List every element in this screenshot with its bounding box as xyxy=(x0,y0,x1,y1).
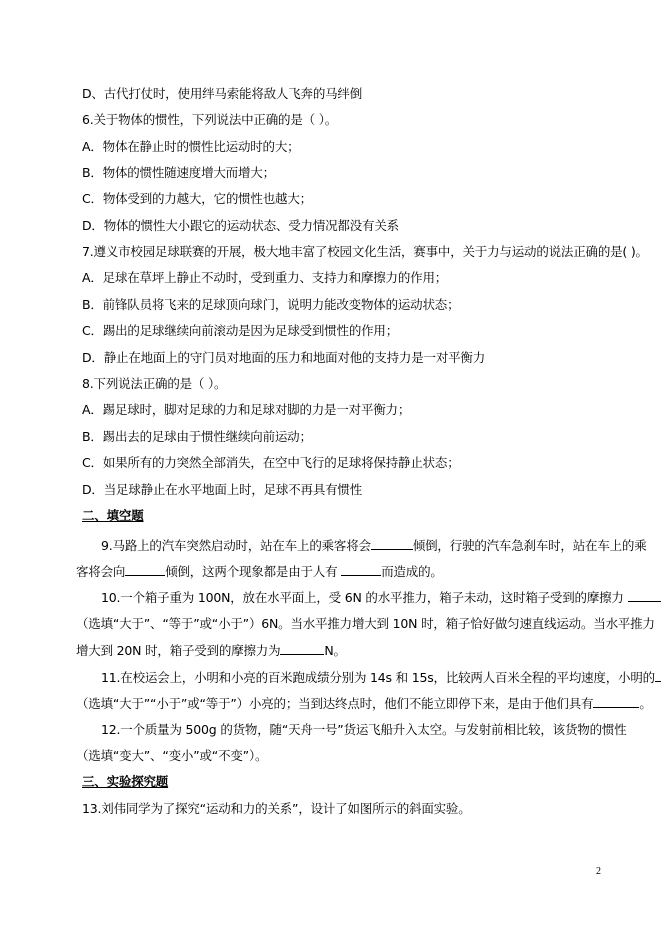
q11-text-2: （选填“大于”“小于”或“等于”）小亮的；当到达终点时，他们不能立即停下来，是由… xyxy=(76,696,593,711)
q10-blank-2[interactable] xyxy=(280,642,324,655)
q10-line-1: 10.一个箱子重为 100N，放在水平面上，受 6N 的水平推力，箱子未动，这时… xyxy=(101,589,661,606)
q11-text-1: 11.在校运会上，小明和小亮的百米跑成绩分别为 14s 和 15s，比较两人百米… xyxy=(101,670,655,685)
q10-text-1: 10.一个箱子重为 100N，放在水平面上，受 6N 的水平推力，箱子未动，这时… xyxy=(101,590,624,605)
q9-blank-3[interactable] xyxy=(341,563,381,576)
q12-line-1: 12.一个质量为 500g 的货物，随“天舟一号”货运飞船升入太空。与发射前相比… xyxy=(101,722,626,738)
q5-option-d: D、古代打仗时，使用绊马索能将敌人飞奔的马绊倒 xyxy=(82,86,362,102)
q8-option-d: D．当足球静止在水平地面上时，足球不再具有惯性 xyxy=(82,482,362,498)
section-fill-in-title: 二、填空题 xyxy=(82,508,144,524)
q10-text-4: N。 xyxy=(324,643,345,658)
q6-option-c: C．物体受到的力越大，它的惯性也越大； xyxy=(82,191,312,207)
q10-line-3: 增大到 20N 时，箱子受到的摩擦力为N。 xyxy=(76,642,346,659)
q12-text-1: 12.一个质量为 500g 的货物，随“天舟一号”货运飞船升入太空。与发射前相比… xyxy=(101,722,626,737)
q9-text-4: 倾倒，这两个现象都是由于人有 xyxy=(165,564,337,579)
q7-stem: 7.遵义市校园足球联赛的开展，极大地丰富了校园文化生活，赛事中，关于力与运动的说… xyxy=(82,244,648,260)
q11-blank-1[interactable] xyxy=(655,669,661,682)
q8-option-b: B．踢出去的足球由于惯性继续向前运动； xyxy=(82,429,312,445)
q6-option-d: D．物体的惯性大小跟它的运动状态、受力情况都没有关系 xyxy=(82,218,399,234)
q11-blank-2[interactable] xyxy=(593,695,639,708)
q6-stem: 6.关于物体的惯性，下列说法中正确的是（ ）。 xyxy=(82,112,337,128)
document-page: D、古代打仗时，使用绊马索能将敌人飞奔的马绊倒 6.关于物体的惯性，下列说法中正… xyxy=(0,0,661,935)
q8-option-c: C．如果所有的力突然全部消失，在空中飞行的足球将保持静止状态； xyxy=(82,455,460,471)
q11-line-2: （选填“大于”“小于”或“等于”）小亮的；当到达终点时，他们不能立即停下来，是由… xyxy=(76,695,652,712)
page-number: 2 xyxy=(596,866,601,877)
q8-option-a: A．踢足球时，脚对足球的力和足球对脚的力是一对平衡力； xyxy=(82,402,410,418)
q6-option-a: A．物体在静止时的惯性比运动时的大； xyxy=(82,139,299,155)
q13-stem: 13.刘伟同学为了探究“运动和力的关系”，设计了如图所示的斜面实验。 xyxy=(82,801,471,817)
q7-option-c: C．踢出的足球继续向前滚动是因为足球受到惯性的作用； xyxy=(82,323,398,339)
q10-blank-1[interactable] xyxy=(628,589,661,602)
q7-option-b: B．前锋队员将飞来的足球顶向球门，说明力能改变物体的运动状态； xyxy=(82,297,459,313)
q11-text-3: 。 xyxy=(639,696,651,711)
q10-text-3: 增大到 20N 时，箱子受到的摩擦力为 xyxy=(76,643,280,658)
q9-line-1: 9.马路上的汽车突然启动时，站在车上的乘客将会倾倒，行驶的汽车急刹车时，站在车上… xyxy=(101,537,647,554)
q9-blank-2[interactable] xyxy=(125,563,165,576)
q6-option-b: B．物体的惯性随速度增大而增大； xyxy=(82,165,275,181)
q10-line-2: （选填“大于”、“等于”或“小于”）6N。当水平推力增大到 10N 时，箱子恰好… xyxy=(76,616,655,632)
q7-option-a: A．足球在草坪上静止不动时，受到重力、支持力和摩擦力的作用； xyxy=(82,270,447,286)
q7-option-d: D．静止在地面上的守门员对地面的压力和地面对他的支持力是一对平衡力 xyxy=(82,350,485,366)
q9-text-3: 客将会向 xyxy=(76,564,125,579)
q8-stem: 8.下列说法正确的是（ ）。 xyxy=(82,376,226,392)
q11-line-1: 11.在校运会上，小明和小亮的百米跑成绩分别为 14s 和 15s，比较两人百米… xyxy=(101,669,661,686)
q9-text-5: 而造成的。 xyxy=(381,564,443,579)
q12-line-2: （选填“变大”、“变小”或“不变”）。 xyxy=(76,748,267,764)
section-experiment-title: 三、实验探究题 xyxy=(82,774,168,790)
q9-text-1: 9.马路上的汽车突然启动时，站在车上的乘客将会 xyxy=(101,538,371,553)
q9-text-2: 倾倒，行驶的汽车急刹车时，站在车上的乘 xyxy=(413,538,647,553)
q9-line-2: 客将会向倾倒，这两个现象都是由于人有 而造成的。 xyxy=(76,563,443,580)
q9-blank-1[interactable] xyxy=(371,537,413,550)
